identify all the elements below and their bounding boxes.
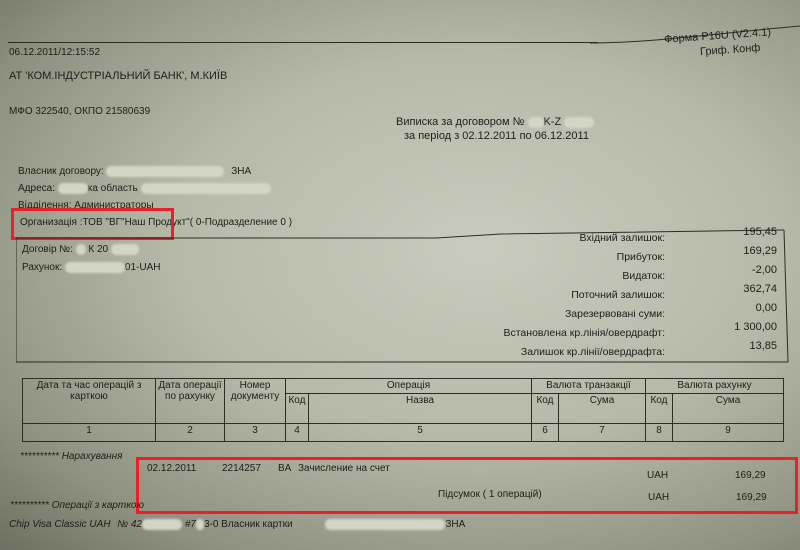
header-document-number: Номер документу [225,379,286,424]
balances-summary: Вхідний залишок:195,45Прибуток:169,29Вид… [440,226,785,359]
balance-value: 13,85 [749,340,777,352]
statement-title-text: Виписка за договором № [396,116,524,128]
print-datetime: 06.12.2011/12:15:52 [9,47,100,58]
column-number: 2 [156,424,225,442]
card-number-prefix: № 42 [117,519,142,530]
column-number: 4 [286,424,309,442]
header-operation-name: Назва [309,394,532,424]
redacted-block [325,519,445,530]
redacted-block [528,117,544,128]
balance-value: 362,74 [743,283,777,295]
column-number: 5 [309,424,532,442]
balance-value: 195,45 [743,226,777,238]
header-acc-code: Код [646,394,673,424]
card-row: Chip Visa Classic UAH № 42 #73-0 Власник… [9,519,465,530]
column-number: 7 [559,424,646,442]
header-card-op-datetime: Дата та час операцій з карткою [23,379,156,424]
redacted-block [196,519,204,530]
column-number: 3 [225,424,286,442]
balance-row: Прибуток:169,29 [440,245,785,264]
card-type: Chip Visa Classic UAH [9,519,111,530]
header-tx-code: Код [532,394,559,424]
statement-period: за період з 02.12.2011 по 06.12.2011 [404,130,589,142]
bank-name: АТ 'КОМ.ІНДУСТРІАЛЬНИЙ БАНК', М.КИЇВ [9,70,227,82]
balance-row: Видаток:-2,00 [440,264,785,283]
balance-label: Зарезервовані суми: [565,308,665,320]
column-number-row: 1 2 3 4 5 6 7 8 9 [23,424,784,442]
redacted-block [564,117,594,128]
balance-label: Прибуток: [617,251,665,263]
contract-number-suffix: K-Z [544,116,562,128]
contract-label: Договір №: [22,244,73,255]
address-partial: ка область [88,183,138,194]
owner-label: Власник договору: [18,166,104,177]
owner-row: Власник договору: ЗНА [18,166,251,177]
balance-row: Зарезервовані суми:0,00 [440,302,785,321]
redacted-block [65,262,125,273]
header-operation: Операція [286,379,532,394]
balance-row: Поточний залишок:362,74 [440,283,785,302]
balance-row: Вхідний залишок:195,45 [440,226,785,245]
owner-suffix: ЗНА [231,166,251,177]
section-accruals: ********** Нарахування [20,451,123,462]
header-account-op-date: Дата операції по рахунку [156,379,225,424]
redacted-block [142,519,182,530]
header-account-currency: Валюта рахунку [646,379,784,394]
address-row: Адреса: ка область [18,183,271,194]
header-operation-code: Код [286,394,309,424]
header-tx-sum: Сума [559,394,646,424]
header-acc-sum: Сума [673,394,784,424]
balance-value: 169,29 [743,245,777,257]
redacted-block [58,183,88,194]
card-owner-label: 3-0 Власник картки [204,519,293,530]
transaction-highlight [136,457,798,514]
balance-value: -2,00 [752,264,777,276]
redacted-block [106,166,224,177]
section-card-operations: ********** Операції з карткою [10,500,144,511]
account-suffix: 01-UAH [125,262,161,273]
balance-value: 0,00 [756,302,777,314]
bank-codes: МФО 322540, ОКПО 21580639 [9,106,150,117]
column-number: 8 [646,424,673,442]
address-label: Адреса: [18,183,55,194]
contract-partial: К 20 [88,244,108,255]
account-label: Рахунок: [22,262,62,273]
column-number: 1 [23,424,156,442]
column-number: 9 [673,424,784,442]
balance-label: Встановлена кр.лінія/овердрафт: [503,327,665,339]
header-transaction-currency: Валюта транзакції [532,379,646,394]
redacted-block [111,244,139,255]
balance-value: 1 300,00 [734,321,777,333]
balance-label: Залишок кр.лінії/овердрафта: [521,346,665,358]
top-rule [8,42,598,43]
contract-row: Договір №: К 20 [22,244,139,255]
redacted-block [76,244,86,255]
balance-row: Залишок кр.лінії/овердрафта:13,85 [440,340,785,359]
card-number-mid: #7 [185,519,196,530]
card-owner-suffix: ЗНА [445,519,465,530]
balance-label: Поточний залишок: [571,289,665,301]
redacted-block [141,183,271,194]
balance-row: Встановлена кр.лінія/овердрафт:1 300,00 [440,321,785,340]
balance-label: Видаток: [622,270,665,282]
statement-title: Виписка за договором № K-Z [396,116,594,128]
operations-table: Дата та час операцій з карткою Дата опер… [22,378,784,442]
account-row: Рахунок: 01-UAH [22,262,161,273]
balance-label: Вхідний залишок: [580,232,665,244]
column-number: 6 [532,424,559,442]
